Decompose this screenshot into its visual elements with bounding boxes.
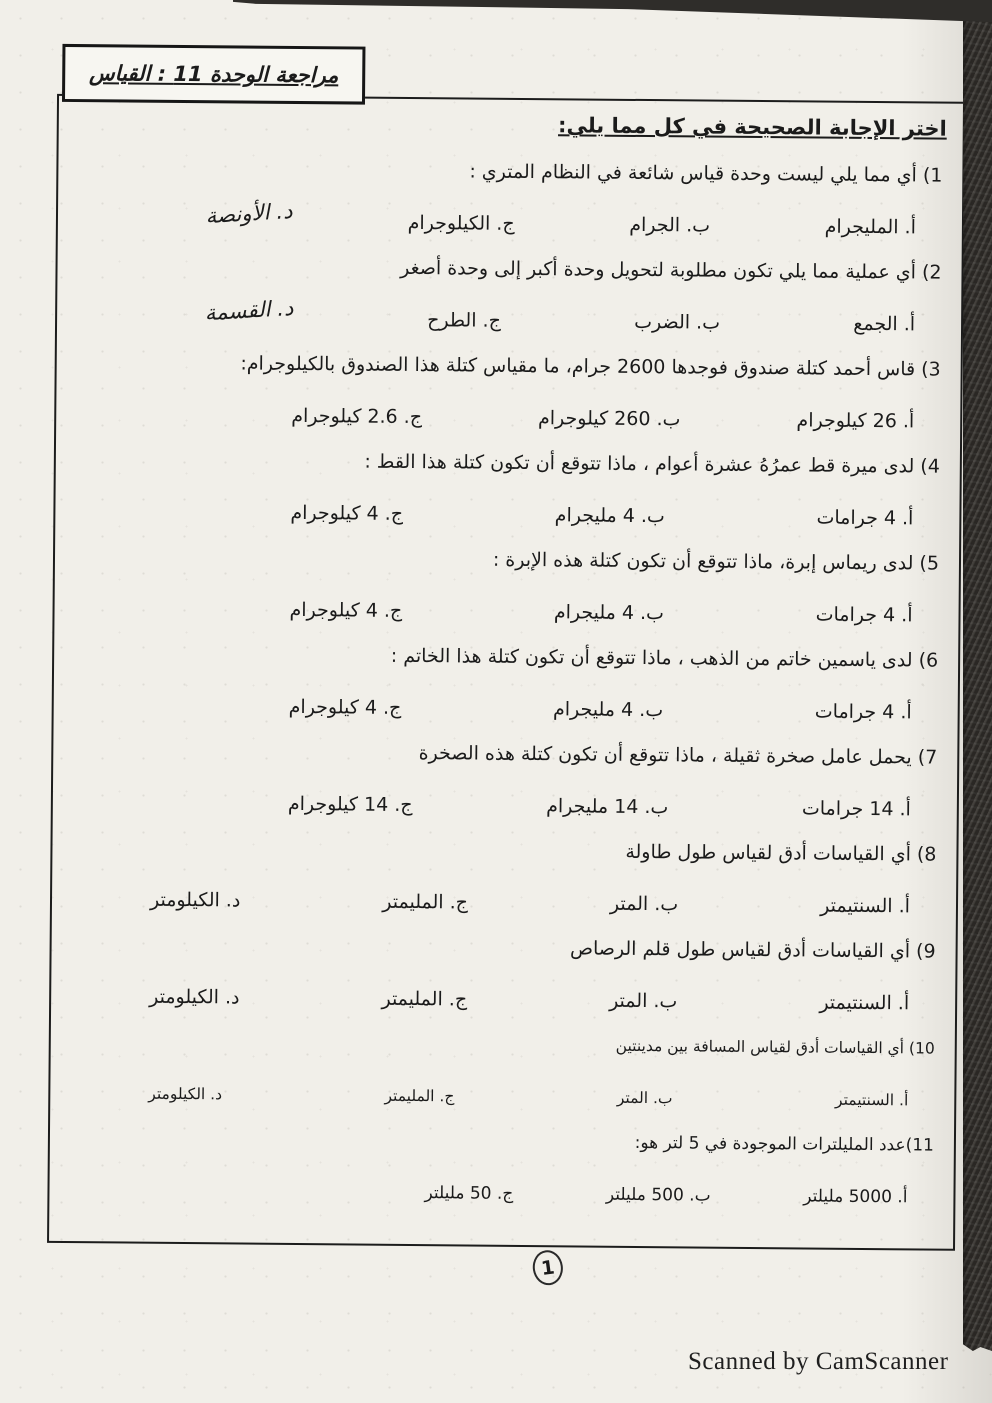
question-block: 10) أي القياسات أدق لقياس المسافة بين مد… bbox=[80, 1026, 935, 1115]
answer-option: أ. الجمع bbox=[853, 309, 915, 340]
question-text: 2) أي عملية مما يلي تكون مطلوبة لتحويل و… bbox=[87, 250, 941, 287]
page-number-value: 1 bbox=[540, 1256, 556, 1280]
answer-option: ب. 4 مليجرام bbox=[553, 694, 663, 725]
question-block: 9) أي القياسات أدق لقياس طول قلم الرصاص … bbox=[81, 929, 936, 1018]
page-number: 1 bbox=[531, 1248, 565, 1287]
answer-option: أ. المليجرام bbox=[825, 212, 916, 243]
question-text: 11)عدد المليلترات الموجودة في 5 لتر هو: bbox=[80, 1123, 934, 1160]
answer-option: أ. 4 جرامات bbox=[816, 600, 913, 631]
question-block: 1) أي مما يلي ليست وحدة قياس شائعة في ال… bbox=[88, 153, 943, 242]
worksheet-page: مراجعة الوحدة 11 : القياس اختر الإجابة ا… bbox=[0, 0, 992, 1403]
scanner-credit: Scanned by CamScanner bbox=[688, 1348, 948, 1376]
question-text: 6) لدى ياسمين خاتم من الذهب ، ماذا تتوقع… bbox=[84, 638, 938, 675]
question-text: 1) أي مما يلي ليست وحدة قياس شائعة في ال… bbox=[88, 153, 942, 190]
answer-options-row: أ. السنتيمترب. المترج. المليمترد. الكيلو… bbox=[80, 1078, 908, 1115]
question-block: 2) أي عملية مما يلي تكون مطلوبة لتحويل و… bbox=[87, 250, 942, 339]
question-text: 7) يحمل عامل صخرة ثقيلة ، ماذا تتوقع أن … bbox=[83, 735, 937, 772]
answer-option: أ. 4 جرامات bbox=[816, 503, 913, 534]
instruction-heading: اختر الإجابة الصحيحة في كل مما يلي: bbox=[59, 107, 947, 143]
answer-option: ج. المليمتر bbox=[382, 887, 468, 918]
question-text: 9) أي القياسات أدق لقياس طول قلم الرصاص bbox=[82, 929, 936, 966]
answer-option: ب. المتر bbox=[617, 1083, 673, 1113]
unit-title: مراجعة الوحدة 11 : القياس bbox=[89, 61, 338, 87]
question-text: 10) أي القياسات أدق لقياس المسافة بين مد… bbox=[81, 1026, 935, 1063]
answer-options-row: أ. السنتيمترب. المترج. المليمترد. الكيلو… bbox=[82, 884, 910, 921]
unit-title-box: مراجعة الوحدة 11 : القياس bbox=[62, 44, 365, 105]
answer-option: ج. 50 مليلتر bbox=[424, 1178, 513, 1209]
answer-option: أ. 14 جرامات bbox=[802, 793, 911, 824]
answer-option: ج. 4 كيلوجرام bbox=[290, 498, 403, 529]
question-block: 8) أي القياسات أدق لقياس طول طاولة أ. ال… bbox=[82, 832, 937, 921]
answer-option: ب. 4 مليجرام bbox=[554, 597, 664, 628]
worksheet-frame: اختر الإجابة الصحيحة في كل مما يلي: 1) أ… bbox=[47, 94, 965, 1251]
answer-options-row: أ. 4 جراماتب. 4 مليجرامج. 4 كيلوجرام bbox=[84, 690, 912, 727]
question-text: 3) قاس أحمد كتلة صندوق فوجدها 2600 جرام،… bbox=[87, 347, 941, 384]
question-block: 3) قاس أحمد كتلة صندوق فوجدها 2600 جرام،… bbox=[86, 347, 941, 436]
scanner-edge-right bbox=[963, 0, 992, 1351]
answer-option: ج. 4 كيلوجرام bbox=[289, 692, 402, 723]
answer-option: ج. الطرح bbox=[427, 305, 501, 336]
answer-options-row: أ. 4 جراماتب. 4 مليجرامج. 4 كيلوجرام bbox=[85, 496, 913, 533]
answer-option: ب. الجرام bbox=[629, 210, 710, 241]
answer-option: أ. 4 جرامات bbox=[815, 697, 912, 728]
answer-options-row: أ. 5000 مليلترب. 500 مليلترج. 50 مليلتر bbox=[79, 1175, 907, 1212]
answer-option: أ. 26 كيلوجرام bbox=[796, 405, 914, 436]
answer-option: ب. 14 مليجرام bbox=[546, 791, 668, 822]
question-text: 8) أي القياسات أدق لقياس طول طاولة bbox=[82, 832, 936, 869]
answer-option: د. القسمة bbox=[204, 294, 294, 329]
answer-option: ج. 4 كيلوجرام bbox=[289, 595, 402, 626]
question-block: 5) لدى ريماس إبرة، ماذا تتوقع أن تكون كت… bbox=[84, 541, 939, 630]
answer-option: د. الكيلومتر bbox=[149, 982, 240, 1013]
answer-option: ج. المليمتر bbox=[384, 1081, 454, 1112]
question-text: 4) لدى ميرة قط عمرُهُ عشرة أعوام ، ماذا … bbox=[86, 444, 940, 481]
answer-option: أ. السنتيمتر bbox=[820, 891, 910, 922]
answer-option: ج. المليمتر bbox=[381, 984, 467, 1015]
answer-options-row: أ. 4 جراماتب. 4 مليجرامج. 4 كيلوجرام bbox=[84, 593, 912, 630]
answer-option: د. الكيلومتر bbox=[148, 1079, 222, 1110]
question-block: 7) يحمل عامل صخرة ثقيلة ، ماذا تتوقع أن … bbox=[83, 735, 938, 824]
answer-options-row: أ. 14 جراماتب. 14 مليجرامج. 14 كيلوجرام bbox=[83, 787, 911, 824]
answer-options-row: أ. الجمعب. الضربج. الطرحد. القسمة bbox=[87, 302, 915, 339]
answer-option: أ. السنتيمتر bbox=[835, 1085, 909, 1116]
questions-list: 1) أي مما يلي ليست وحدة قياس شائعة في ال… bbox=[79, 153, 942, 1212]
answer-option: ب. المتر bbox=[610, 889, 679, 920]
answer-option: ج. الكيلوجرام bbox=[408, 208, 515, 239]
answer-option: ب. 4 مليجرام bbox=[555, 500, 665, 531]
answer-option: ب. 260 كيلوجرام bbox=[538, 403, 681, 434]
answer-options-row: أ. 26 كيلوجرامب. 260 كيلوجرامج. 2.6 كيلو… bbox=[86, 399, 914, 436]
answer-options-row: أ. المليجرامب. الجرامج. الكيلوجرامد. الأ… bbox=[88, 205, 916, 242]
answer-option: د. الكيلومتر bbox=[150, 885, 241, 916]
question-block: 6) لدى ياسمين خاتم من الذهب ، ماذا تتوقع… bbox=[84, 638, 939, 727]
question-block: 11)عدد المليلترات الموجودة في 5 لتر هو: … bbox=[79, 1123, 934, 1212]
question-block: 4) لدى ميرة قط عمرُهُ عشرة أعوام ، ماذا … bbox=[85, 444, 940, 533]
answer-option: أ. السنتيمتر bbox=[819, 988, 909, 1019]
answer-option: ج. 2.6 كيلوجرام bbox=[291, 401, 422, 432]
answer-options-row: أ. السنتيمترب. المترج. المليمترد. الكيلو… bbox=[81, 981, 909, 1018]
answer-option: ج. 14 كيلوجرام bbox=[288, 789, 413, 820]
question-text: 5) لدى ريماس إبرة، ماذا تتوقع أن تكون كت… bbox=[85, 541, 939, 578]
answer-option: أ. 5000 مليلتر bbox=[803, 1181, 907, 1212]
answer-option: ب. 500 مليلتر bbox=[606, 1180, 711, 1211]
answer-option: ب. الضرب bbox=[634, 307, 720, 338]
answer-option: د. الأونصة bbox=[205, 197, 294, 232]
answer-option: ب. المتر bbox=[609, 986, 678, 1017]
